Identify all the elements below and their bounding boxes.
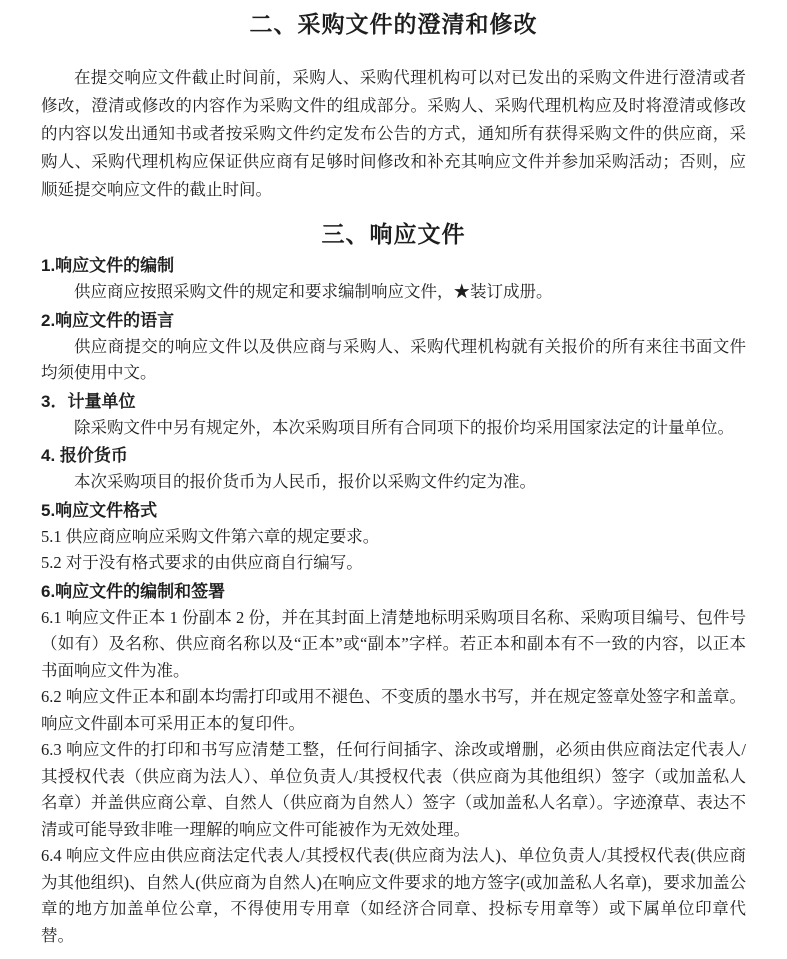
document-page: { "page": { "background_color": "#ffffff… <box>0 0 787 959</box>
clause-6-4: 6.4 响应文件应由供应商法定代表人/其授权代表(供应商为法人)、单位负责人/其… <box>41 843 746 949</box>
clarification-paragraph: 在提交响应文件截止时间前，采购人、采购代理机构可以对已发出的采购文件进行澄清或者… <box>41 64 746 204</box>
clause-5-2: 5.2 对于没有格式要求的由供应商自行编写。 <box>41 550 746 577</box>
heading-compilation-and-signing: 6.响应文件的编制和签署 <box>41 579 746 605</box>
heading-quotation-currency: 4. 报价货币 <box>41 443 746 469</box>
body-language: 供应商提交的响应文件以及供应商与采购人、采购代理机构就有关报价的所有来往书面文件… <box>41 334 746 387</box>
clause-6-3: 6.3 响应文件的打印和书写应清楚工整，任何行间插字、涂改或增删，必须由供应商法… <box>41 737 746 843</box>
body-quotation-currency: 本次采购项目的报价货币为人民币，报价以采购文件约定为准。 <box>41 469 746 496</box>
section-response: 三、响应文件 1.响应文件的编制 供应商应按照采购文件的规定和要求编制响应文件，… <box>41 218 746 949</box>
clause-6-2: 6.2 响应文件正本和副本均需打印或用不褪色、不变质的墨水书写，并在规定签章处签… <box>41 684 746 737</box>
response-section-title: 三、响应文件 <box>41 218 746 250</box>
heading-response-format: 5.响应文件格式 <box>41 498 746 524</box>
body-compilation: 供应商应按照采购文件的规定和要求编制响应文件，★装订成册。 <box>41 279 746 306</box>
clarification-section-title: 二、采购文件的澄清和修改 <box>41 8 746 40</box>
heading-measurement-unit: 3．计量单位 <box>41 389 746 415</box>
clause-5-1: 5.1 供应商应响应采购文件第六章的规定要求。 <box>41 524 746 551</box>
clause-6-1: 6.1 响应文件正本 1 份副本 2 份，并在其封面上清楚地标明采购项目名称、采… <box>41 605 746 685</box>
heading-compilation: 1.响应文件的编制 <box>41 253 746 279</box>
heading-language: 2.响应文件的语言 <box>41 308 746 334</box>
body-measurement-unit: 除采购文件中另有规定外，本次采购项目所有合同项下的报价均采用国家法定的计量单位。 <box>41 415 746 442</box>
section-clarification: 二、采购文件的澄清和修改 在提交响应文件截止时间前，采购人、采购代理机构可以对已… <box>41 8 746 204</box>
